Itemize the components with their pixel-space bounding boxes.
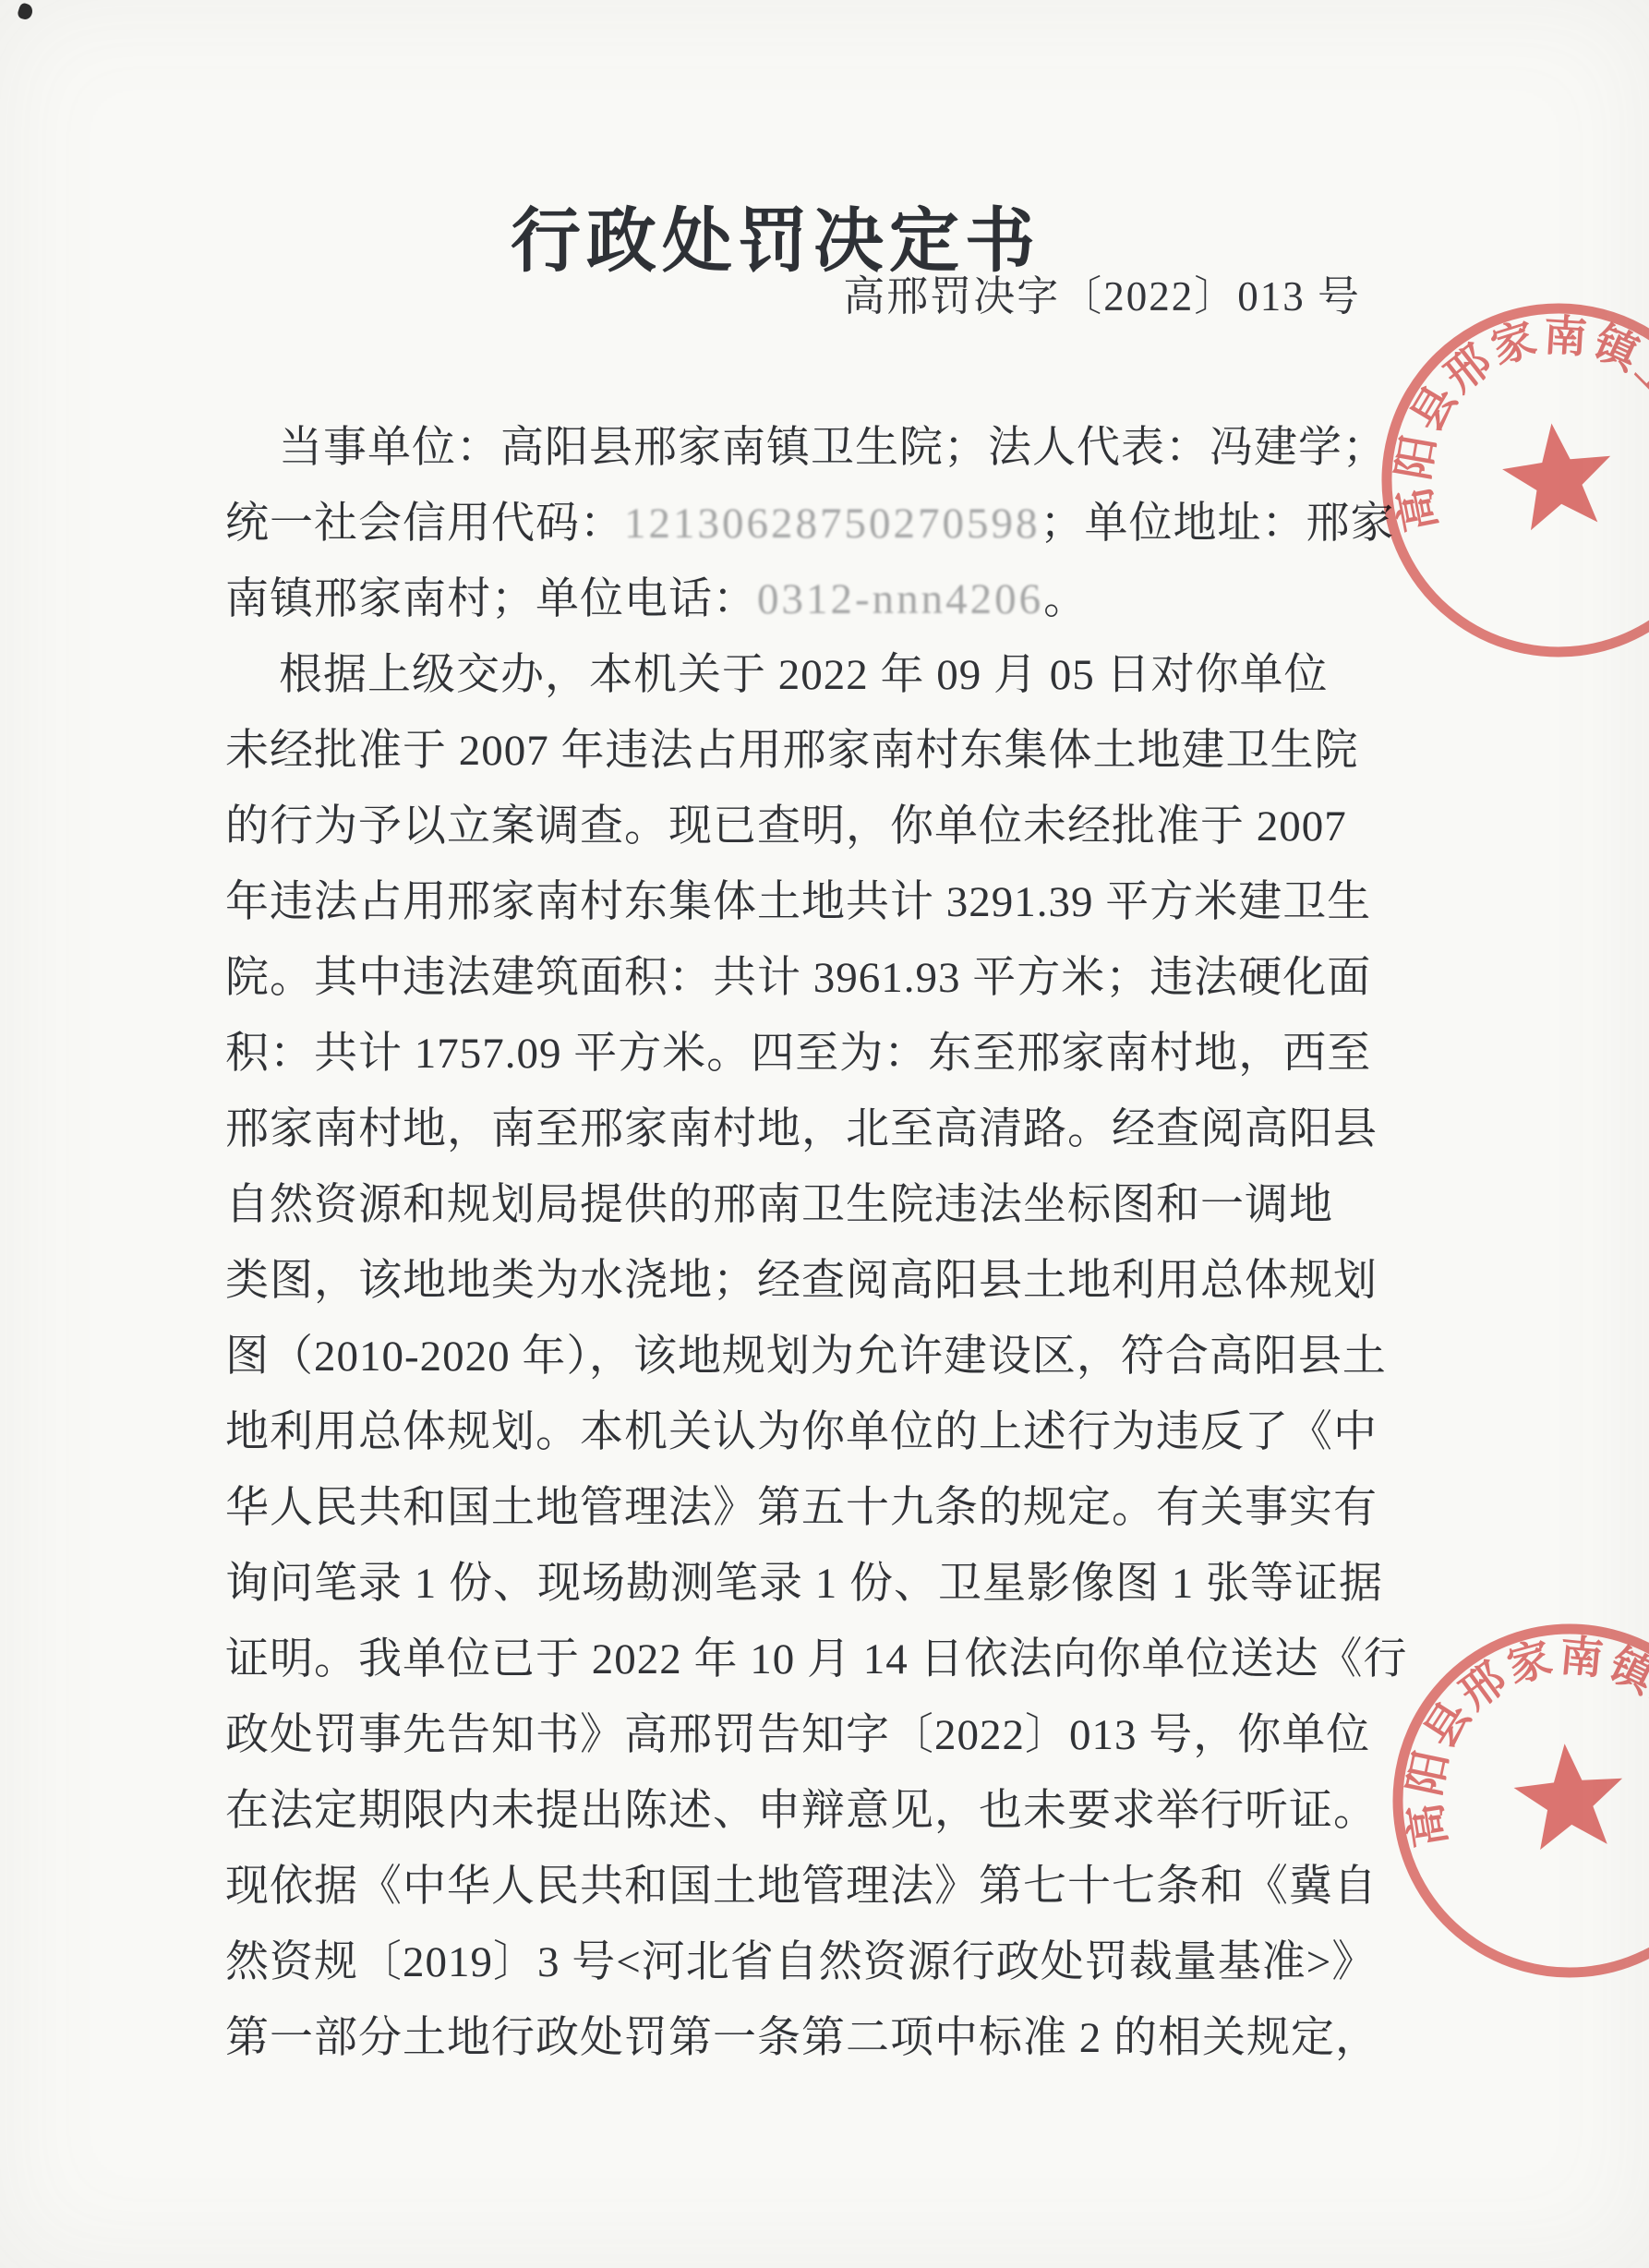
star-icon: [1511, 1739, 1628, 1852]
text-line: 南镇邢家南村；单位电话：0312-nnn4206。: [225, 561, 1398, 637]
text-segment: 南镇邢家南村；单位电话：: [225, 575, 757, 623]
text-line: 证明。我单位已于 2022 年 10 月 14 日依法向你单位送达《行: [225, 1622, 1398, 1697]
text-line: 根据上级交办，本机关于 2022 年 09 月 05 日对你单位: [225, 637, 1398, 713]
text-segment: 未经批准于 2007 年违法占用邢家南村东集体土地建卫生院: [225, 727, 1359, 775]
text-segment: 图（2010-2020 年），该地规划为允许建设区，符合高阳县土: [225, 1333, 1387, 1381]
text-segment: 地利用总体规划。本机关认为你单位的上述行为违反了《中: [225, 1408, 1378, 1456]
text-line: 图（2010-2020 年），该地规划为允许建设区，符合高阳县土: [225, 1319, 1398, 1394]
text-segment: 然资规〔2019〕3 号<河北省自然资源行政处罚裁量基准>》: [225, 1938, 1376, 1986]
body-lines: 当事单位：高阳县邢家南镇卫生院；法人代表：冯建学；统一社会信用代码：121306…: [225, 410, 1398, 2076]
text-line: 未经批准于 2007 年违法占用邢家南村东集体土地建卫生院: [225, 713, 1398, 789]
text-line: 询问笔录 1 份、现场勘测笔录 1 份、卫星影像图 1 张等证据: [225, 1546, 1398, 1622]
text-line: 现依据《中华人民共和国土地管理法》第七十七条和《冀自: [225, 1849, 1398, 1924]
text-segment: 证明。我单位已于 2022 年 10 月 14 日依法向你单位送达《行: [225, 1635, 1408, 1683]
text-line: 的行为予以立案调查。现已查明，你单位未经批准于 2007: [225, 789, 1398, 864]
text-line: 第一部分土地行政处罚第一条第二项中标准 2 的相关规定，: [225, 2000, 1398, 2076]
text-segment: 。: [1043, 575, 1088, 623]
text-line: 然资规〔2019〕3 号<河北省自然资源行政处罚裁量基准>》: [225, 1924, 1398, 2000]
text-segment: 邢家南村地，南至邢家南村地，北至高清路。经查阅高阳县: [225, 1105, 1378, 1153]
text-segment: 统一社会信用代码：: [225, 500, 624, 548]
text-segment: 华人民共和国土地管理法》第五十九条的规定。有关事实有: [225, 1484, 1378, 1532]
text-line: 当事单位：高阳县邢家南镇卫生院；法人代表：冯建学；: [225, 410, 1398, 486]
text-segment: 现依据《中华人民共和国土地管理法》第七十七条和《冀自: [225, 1863, 1378, 1911]
text-line: 院。其中违法建筑面积：共计 3961.93 平方米；违法硬化面: [225, 940, 1398, 1016]
seal-arc-text: 高阳县邢家南镇卫生院: [1371, 293, 1649, 537]
text-segment: 根据上级交办，本机关于 2022 年 09 月 05 日对你单位: [279, 651, 1329, 699]
scanned-document-page: 行政处罚决定书 高邢罚决字〔2022〕013 号 当事单位：高阳县邢家南镇卫生院…: [0, 0, 1649, 2268]
svg-text:高阳县邢家南镇卫生院: 高阳县邢家南镇卫生院: [1387, 1618, 1649, 1851]
text-line: 统一社会信用代码：12130628750270598；单位地址：邢家: [225, 486, 1398, 561]
text-segment: 询问笔录 1 份、现场勘测笔录 1 份、卫星影像图 1 张等证据: [225, 1560, 1383, 1608]
official-seal-top: 高阳县邢家南镇卫生院: [1332, 254, 1649, 706]
text-segment: 政处罚事先告知书》高邢罚告知字〔2022〕013 号，你单位: [225, 1711, 1370, 1759]
text-line: 邢家南村地，南至邢家南村地，北至高清路。经查阅高阳县: [225, 1092, 1398, 1167]
text-segment: 的行为予以立案调查。现已查明，你单位未经批准于 2007: [225, 802, 1347, 850]
text-line: 类图，该地地类为水浇地；经查阅高阳县土地利用总体规划: [225, 1243, 1398, 1319]
smudged-text: 12130628750270598: [624, 500, 1041, 548]
text-line: 华人民共和国土地管理法》第五十九条的规定。有关事实有: [225, 1470, 1398, 1546]
text-line: 年违法占用邢家南村东集体土地共计 3291.39 平方米建卫生: [225, 864, 1398, 940]
smudged-text: 0312-nnn4206: [757, 575, 1043, 623]
text-segment: 在法定期限内未提出陈述、申辩意见，也未要求举行听证。: [225, 1787, 1378, 1835]
text-segment: 院。其中违法建筑面积：共计 3961.93 平方米；违法硬化面: [225, 954, 1371, 1002]
text-segment: 自然资源和规划局提供的邢南卫生院违法坐标图和一调地: [225, 1181, 1333, 1229]
text-line: 自然资源和规划局提供的邢南卫生院违法坐标图和一调地: [225, 1167, 1398, 1243]
text-segment: 第一部分土地行政处罚第一条第二项中标准 2 的相关规定，: [225, 2014, 1379, 2062]
official-seal-bottom: 高阳县邢家南镇卫生院: [1350, 1581, 1649, 2021]
text-line: 在法定期限内未提出陈述、申辩意见，也未要求举行听证。: [225, 1773, 1398, 1849]
scan-artifact-speck: [17, 2, 35, 21]
star-icon: [1498, 416, 1619, 533]
text-segment: 当事单位：高阳县邢家南镇卫生院；法人代表：冯建学；: [279, 424, 1387, 472]
document-number: 高邢罚决字〔2022〕013 号: [843, 262, 1361, 322]
text-segment: 积：共计 1757.09 平方米。四至为：东至邢家南村地，西至: [225, 1030, 1371, 1078]
svg-text:高阳县邢家南镇卫生院: 高阳县邢家南镇卫生院: [1371, 293, 1649, 537]
text-segment: ；单位地址：邢家: [1041, 500, 1395, 548]
text-line: 政处罚事先告知书》高邢罚告知字〔2022〕013 号，你单位: [225, 1697, 1398, 1773]
text-segment: 类图，该地地类为水浇地；经查阅高阳县土地利用总体规划: [225, 1257, 1378, 1305]
text-segment: 年违法占用邢家南村东集体土地共计 3291.39 平方米建卫生: [225, 878, 1371, 926]
seal-arc-text: 高阳县邢家南镇卫生院: [1387, 1618, 1649, 1851]
text-line: 积：共计 1757.09 平方米。四至为：东至邢家南村地，西至: [225, 1016, 1398, 1092]
text-line: 地利用总体规划。本机关认为你单位的上述行为违反了《中: [225, 1394, 1398, 1470]
